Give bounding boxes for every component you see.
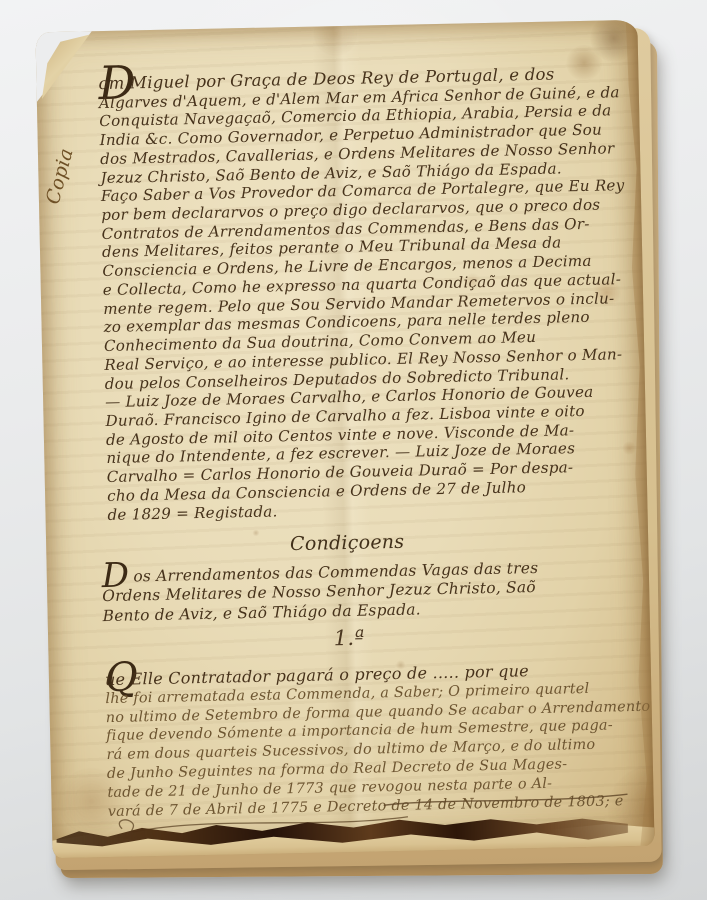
conditions-preamble: Dos Arrendamentos das Commendas Vagas da… <box>102 557 643 627</box>
condition-1-text: Que Elle Contratador pagará o preço de .… <box>105 660 653 822</box>
royal-letter-text: Dom Miguel por Graça de Deos Rey de Port… <box>98 64 637 524</box>
manuscript-page: Copia Dom Miguel por Graça de Deos Rey d… <box>35 20 654 858</box>
photo-background: Copia Dom Miguel por Graça de Deos Rey d… <box>0 0 707 900</box>
